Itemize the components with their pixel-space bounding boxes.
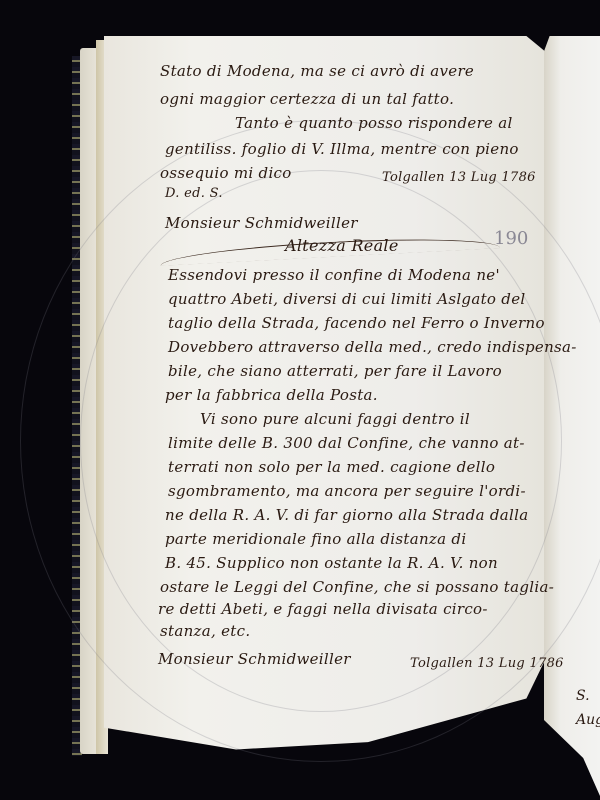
text-line: ossequio mi dico bbox=[160, 164, 292, 182]
body-line: terrati non solo per la med. cagione del… bbox=[168, 458, 495, 476]
text-line: Tanto è quanto posso rispondere al bbox=[235, 114, 513, 132]
facing-page-text: Aug bbox=[576, 712, 600, 728]
text-line: Stato di Modena, ma se ci avrò di avere bbox=[160, 62, 474, 80]
body-line: Dovebbero attraverso della med., credo i… bbox=[168, 338, 577, 356]
body-line: ne della R. A. V. di far giorno alla Str… bbox=[165, 506, 528, 524]
body-line: re detti Abeti, e faggi nella divisata c… bbox=[158, 600, 488, 618]
body-line: sgombramento, ma ancora per seguire l'or… bbox=[168, 482, 526, 500]
body-line: taglio della Strada, facendo nel Ferro o… bbox=[168, 314, 545, 332]
body-line: per la fabbrica della Posta. bbox=[165, 386, 378, 404]
place-date-bottom: Tolgallen 13 Lug 1786 bbox=[410, 656, 564, 671]
body-line: B. 45. Supplico non ostante la R. A. V. … bbox=[165, 554, 498, 572]
signoff: D. ed. S. bbox=[165, 186, 223, 201]
facing-page-text: S. bbox=[576, 688, 590, 704]
place-date: Tolgallen 13 Lug 1786 bbox=[382, 170, 536, 185]
text-line: gentiliss. foglio di V. Illma, mentre co… bbox=[165, 140, 519, 158]
body-line: ostare le Leggi del Confine, che si poss… bbox=[160, 578, 554, 596]
addressee: Monsieur Schmidweiller bbox=[165, 214, 358, 232]
addressee-bottom: Monsieur Schmidweiller bbox=[158, 650, 351, 668]
body-line: Vi sono pure alcuni faggi dentro il bbox=[200, 410, 470, 428]
body-line: quattro Abeti, diversi di cui limiti Asl… bbox=[168, 290, 525, 308]
body-line: bile, che siano atterrati, per fare il L… bbox=[168, 362, 502, 380]
body-line: limite delle B. 300 dal Confine, che van… bbox=[168, 434, 525, 452]
salutation: Altezza Reale bbox=[285, 236, 399, 255]
facing-page bbox=[544, 36, 600, 796]
body-line: Essendovi presso il confine di Modena ne… bbox=[168, 266, 500, 284]
text-line: ogni maggior certezza di un tal fatto. bbox=[160, 90, 454, 108]
folio-number: 190 bbox=[494, 228, 528, 249]
body-line: parte meridionale fino alla distanza di bbox=[165, 530, 466, 548]
body-line: stanza, etc. bbox=[160, 622, 250, 640]
